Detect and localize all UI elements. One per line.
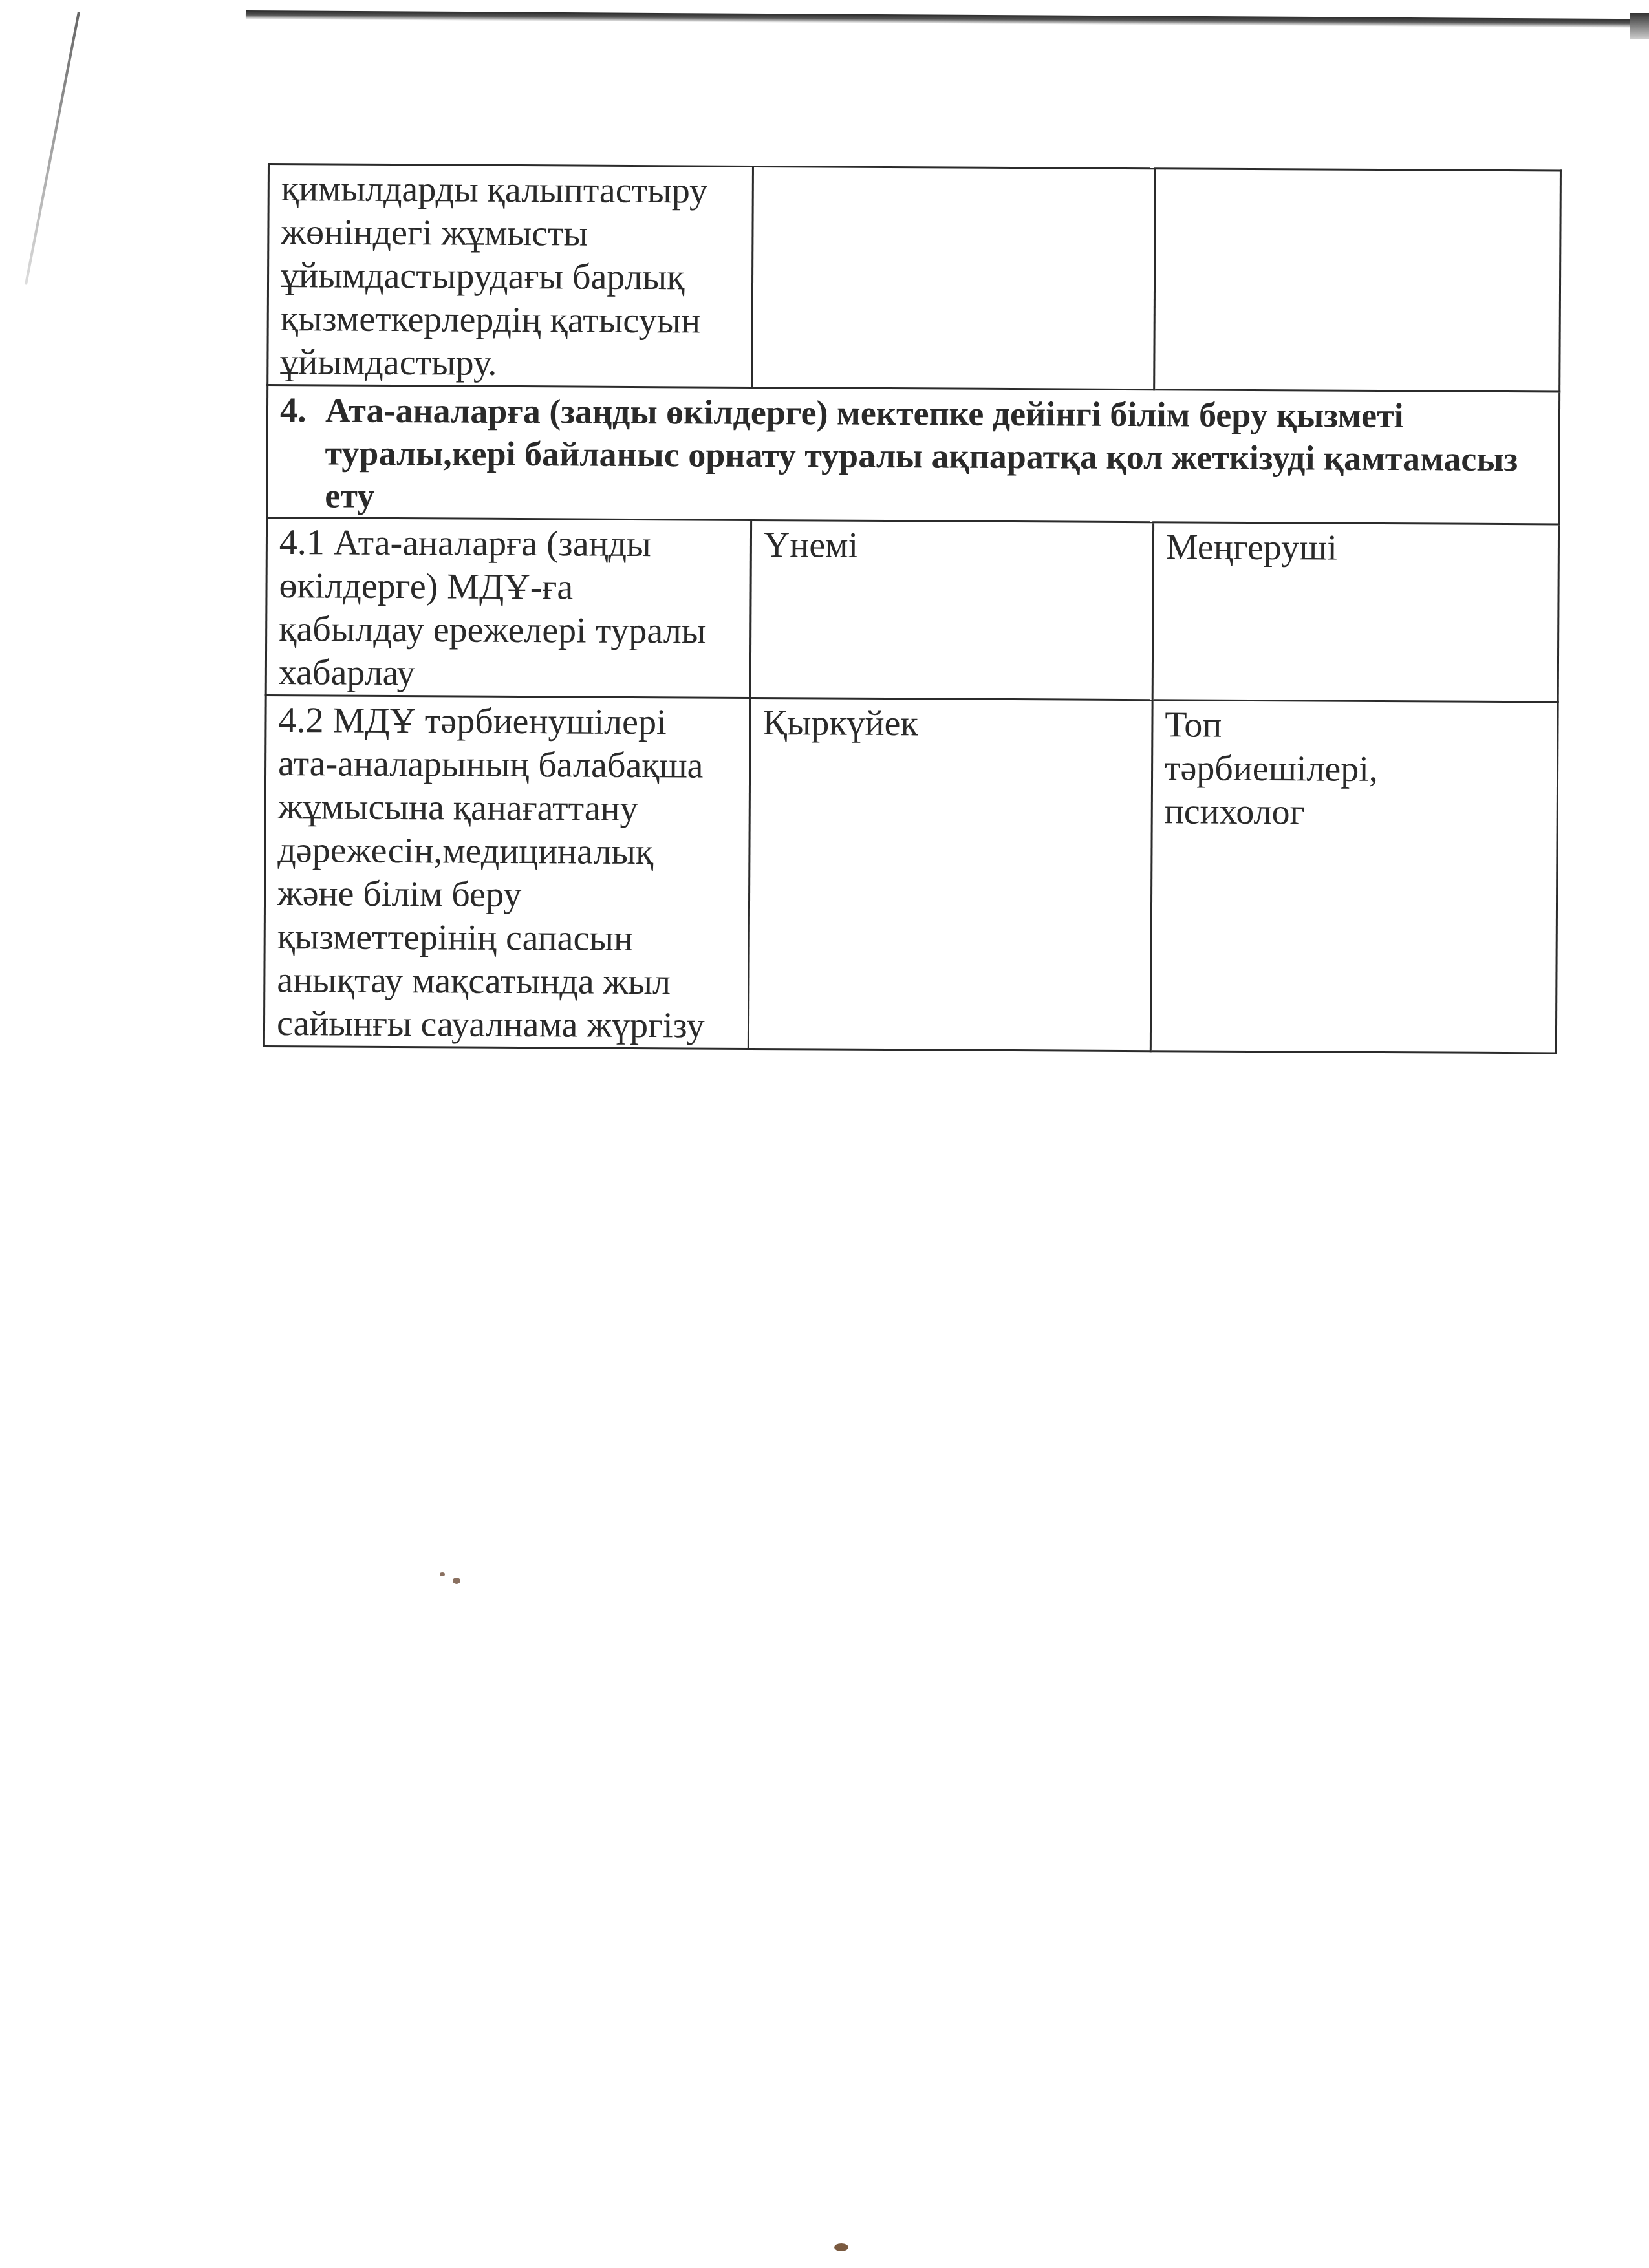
section-header-row: 4. Ата-аналарға (заңды өкілдерге) мектеп…: [267, 385, 1560, 524]
plan-table: қимылдарды қалыптастыру жөніндегі жұмыст…: [263, 163, 1562, 1054]
scan-edge-top: [246, 10, 1649, 28]
section-heading: Ата-аналарға (заңды өкілдерге) мектепке …: [325, 389, 1547, 523]
timing-text: Қыркүйек: [762, 701, 1139, 747]
scan-speck: [453, 1578, 460, 1584]
scan-speck: [834, 2243, 848, 2251]
scan-speck: [440, 1572, 445, 1576]
table-row-continuation: қимылдарды қалыптастыру жөніндегі жұмыст…: [268, 164, 1561, 392]
responsible-text: Топ тәрбиешілері, психолог: [1165, 703, 1546, 835]
table-row: 4.1 Ата-аналарға (заңды өкілдерге) МДҰ-ғ…: [266, 518, 1558, 702]
responsible-cell: Топ тәрбиешілері, психолог: [1150, 700, 1558, 1053]
responsible-text: [1168, 172, 1548, 174]
responsible-cell: [1154, 169, 1561, 392]
activity-text: 4.1 Ата-аналарға (заңды өкілдерге) МДҰ-ғ…: [279, 521, 738, 697]
activity-cell: 4.2 МДҰ тәрбиенушілері ата-аналарының ба…: [264, 695, 750, 1049]
responsible-text: Меңгеруші: [1166, 526, 1546, 571]
scan-edge-left: [25, 12, 80, 285]
timing-cell: Үнемі: [750, 520, 1153, 700]
timing-cell: Қыркүйек: [748, 698, 1152, 1051]
timing-cell: [752, 166, 1156, 389]
table-row: 4.2 МДҰ тәрбиенушілері ата-аналарының ба…: [264, 695, 1558, 1053]
timing-text: Үнемі: [764, 524, 1141, 569]
activity-text: 4.2 МДҰ тәрбиенушілері ата-аналарының ба…: [277, 699, 738, 1048]
scan-edge-corner: [1630, 13, 1649, 39]
timing-text: [766, 170, 1143, 172]
activity-cell: қимылдарды қалыптастыру жөніндегі жұмыст…: [268, 164, 753, 388]
section-title: 4. Ата-аналарға (заңды өкілдерге) мектеп…: [279, 389, 1547, 523]
activity-text: қимылдарды қалыптастыру жөніндегі жұмыст…: [280, 167, 740, 387]
responsible-cell: Меңгеруші: [1152, 522, 1558, 702]
activity-cell: 4.1 Ата-аналарға (заңды өкілдерге) МДҰ-ғ…: [266, 518, 751, 698]
section-number: 4.: [279, 389, 325, 517]
section-header-cell: 4. Ата-аналарға (заңды өкілдерге) мектеп…: [267, 385, 1560, 524]
